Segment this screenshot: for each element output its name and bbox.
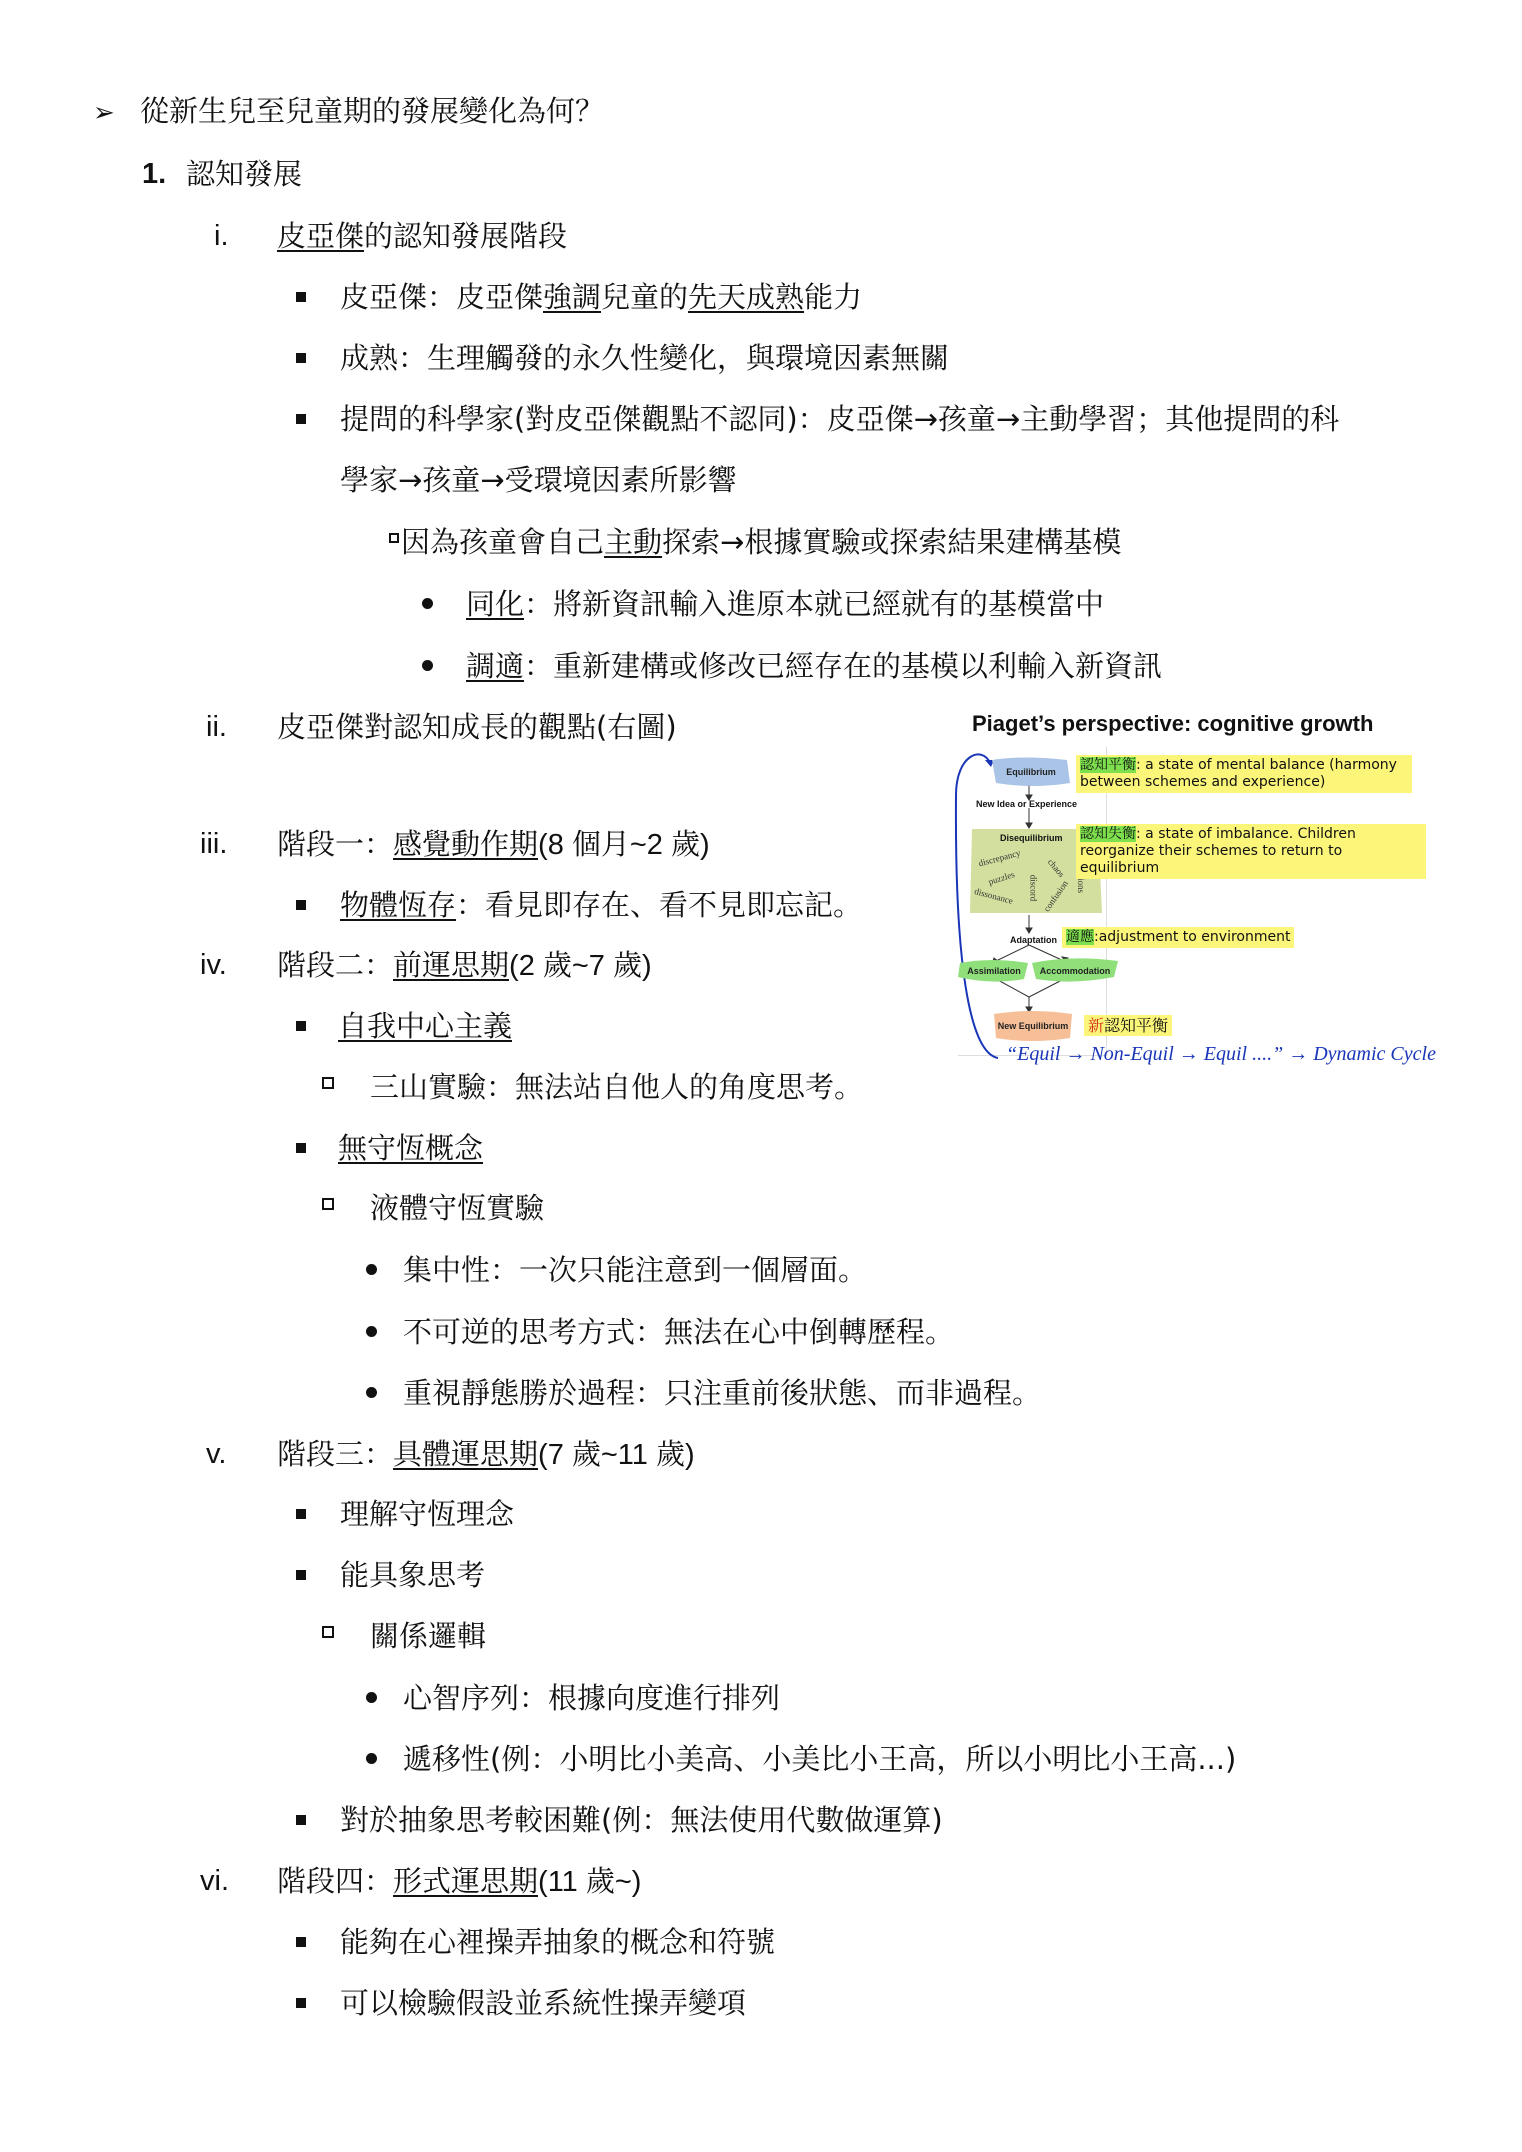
part-iv-title: 階段二：前運思期(2 歲~7 歲) — [277, 947, 652, 984]
egocentrism-item: 自我中心主義 — [338, 1008, 512, 1044]
diseq-word: discord — [1028, 875, 1038, 902]
text: 兒童的 — [601, 280, 688, 314]
stage-ages: (2 歲~7 歲) — [509, 950, 652, 982]
text: ：將新資訊輸入進原本就已經就有的基模當中 — [524, 587, 1104, 621]
square-bullet-icon — [296, 1509, 306, 1519]
square-bullet-icon — [296, 1815, 306, 1825]
list-item: 理解守恆理念 — [340, 1496, 514, 1532]
no-conservation-item: 無守恆概念 — [338, 1130, 483, 1166]
square-bullet-icon — [296, 414, 306, 424]
seriation-item: 心智序列：根據向度進行排列 — [403, 1680, 780, 1716]
part-ii-title: 皮亞傑對認知成長的觀點(右圖) — [277, 709, 677, 745]
balance-term: 認知平衡 — [1080, 757, 1136, 773]
round-bullet-icon — [366, 1753, 377, 1764]
piaget-name: 皮亞傑 — [277, 219, 364, 253]
new-equilibrium-node: New Equilibrium — [994, 1015, 1072, 1037]
square-bullet-icon — [296, 900, 306, 910]
static-states-item: 重視靜態勝於過程：只注重前後狀態、而非過程。 — [403, 1375, 1041, 1411]
stage-name: 形式運思期 — [393, 1864, 538, 1898]
equilibrium-node: Equilibrium — [992, 761, 1070, 783]
section-title: 認知發展 — [186, 156, 302, 192]
adapt-term: 適應 — [1066, 929, 1094, 945]
equilibrium-note: 認知平衡: a state of mental balance (harmony… — [1076, 755, 1412, 793]
assimilation-node: Assimilation — [960, 963, 1028, 979]
innate-maturation-term: 先天成熟 — [688, 280, 804, 314]
stage-name: 感覺動作期 — [393, 827, 538, 861]
roman-numeral-vi: vi. — [200, 1863, 229, 1899]
round-bullet-icon — [422, 660, 433, 671]
list-item: 能具象思考 — [340, 1557, 485, 1593]
text: 皮亞傑：皮亞傑 — [340, 280, 543, 314]
text: ：重新建構或修改已經存在的基模以利輸入新資訊 — [524, 649, 1162, 683]
part-v-title: 階段三：具體運思期(7 歲~11 歲) — [277, 1436, 695, 1473]
adapt-definition: :adjustment to environment — [1094, 929, 1290, 945]
list-item: 能夠在心裡操弄抽象的概念和符號 — [340, 1924, 775, 1960]
new-idea-label: New Idea or Experience — [976, 799, 1077, 809]
assimilation-item: 同化：將新資訊輸入進原本就已經就有的基模當中 — [466, 586, 1104, 622]
accommodation-node: Accommodation — [1034, 963, 1116, 979]
roman-numeral-iv: iv. — [200, 947, 227, 983]
disequilibrium-note: 認知失衡: a state of imbalance. Children reo… — [1076, 824, 1426, 879]
list-item: 提問的科學家(對皮亞傑觀點不認同)：皮亞傑→孩童→主動學習；其他提問的科 — [340, 401, 1339, 437]
roman-numeral-iii: iii. — [200, 826, 227, 862]
square-bullet-icon — [296, 1937, 306, 1947]
square-bullet-icon — [296, 1143, 306, 1153]
hollow-square-bullet-icon — [322, 1626, 334, 1638]
emphasis-term: 強調 — [543, 280, 601, 314]
list-item: 皮亞傑：皮亞傑強調兒童的先天成熟能力 — [340, 279, 862, 315]
square-bullet-icon — [296, 292, 306, 302]
transitivity-item: 遞移性(例：小明比小美高、小美比小王高，所以小明比小王高...) — [403, 1741, 1236, 1777]
abstract-difficulty-item: 對於抽象思考較困難(例：無法使用代數做運算) — [340, 1802, 943, 1838]
adaptation-label: Adaptation — [1010, 935, 1057, 945]
part-vi-title: 階段四：形式運思期(11 歲~) — [277, 1863, 641, 1900]
round-bullet-icon — [366, 1264, 377, 1275]
new-equilibrium-text: 認知平衡 — [1104, 1016, 1168, 1035]
roman-numeral-ii: ii. — [206, 709, 227, 745]
relational-logic-item: 關係邏輯 — [370, 1618, 486, 1654]
roman-numeral-i: i. — [214, 218, 229, 254]
roman-numeral-v: v. — [206, 1436, 226, 1472]
active-term: 主動 — [604, 525, 662, 559]
assimilation-term: 同化 — [466, 587, 524, 621]
part-iii-title: 階段一：感覺動作期(8 個月~2 歲) — [277, 826, 710, 863]
object-permanence-term: 物體恆存 — [340, 888, 456, 922]
stage-prefix: 階段四： — [277, 1864, 393, 1898]
square-bullet-icon — [296, 1570, 306, 1580]
round-bullet-icon — [366, 1692, 377, 1703]
text: ：看見即存在、看不見即忘記。 — [456, 888, 862, 922]
square-bullet-icon — [296, 1998, 306, 2008]
text: 探索→根據實驗或探索結果建構基模 — [662, 525, 1121, 559]
stage-prefix: 階段一： — [277, 827, 393, 861]
hollow-square-bullet-icon — [322, 1198, 334, 1210]
square-bullet-icon — [296, 353, 306, 363]
stage-prefix: 階段三： — [277, 1437, 393, 1471]
imbalance-term: 認知失衡 — [1080, 826, 1136, 842]
round-bullet-icon — [366, 1326, 377, 1337]
list-item: 成熟：生理觸發的永久性變化，與環境因素無關 — [340, 340, 949, 376]
hollow-square-bullet-icon — [389, 533, 399, 543]
stage-ages: (7 歲~11 歲) — [538, 1439, 695, 1471]
stage-prefix: 階段二： — [277, 948, 393, 982]
round-bullet-icon — [366, 1387, 377, 1398]
adaptation-note: 適應:adjustment to environment — [1062, 927, 1294, 948]
centration-item: 集中性：一次只能注意到一個層面。 — [403, 1252, 867, 1288]
accommodation-term: 調適 — [466, 649, 524, 683]
square-bullet-icon — [296, 1021, 306, 1031]
hollow-square-bullet-icon — [322, 1077, 334, 1089]
stage-name: 具體運思期 — [393, 1437, 538, 1471]
list-item-continuation: 學家→孩童→受環境因素所影響 — [340, 462, 737, 498]
arrow-bullet-icon: ➢ — [93, 94, 115, 130]
new-prefix: 新 — [1088, 1016, 1104, 1035]
page-heading: 從新生兒至兒童期的發展變化為何？ — [140, 93, 604, 129]
part-i-title-rest: 的認知發展階段 — [364, 219, 567, 253]
text: 因為孩童會自己 — [401, 525, 604, 559]
list-item: 可以檢驗假設並系統性操弄變項 — [340, 1985, 746, 2021]
stage-ages: (11 歲~) — [538, 1866, 641, 1898]
section-number: 1. — [142, 156, 166, 192]
stage-ages: (8 個月~2 歲) — [538, 829, 710, 861]
accommodation-item: 調適：重新建構或修改已經存在的基模以利輸入新資訊 — [466, 648, 1162, 684]
round-bullet-icon — [422, 598, 433, 609]
piaget-cognitive-growth-figure: Piaget’s perspective: cognitive growth E… — [952, 705, 1442, 1085]
part-i-title: 皮亞傑的認知發展階段 — [277, 218, 567, 254]
liquid-experiment-item: 液體守恆實驗 — [370, 1190, 544, 1226]
disequilibrium-label: Disequilibrium — [1000, 833, 1063, 843]
irreversibility-item: 不可逆的思考方式：無法在心中倒轉歷程。 — [403, 1314, 954, 1350]
new-equilibrium-note: 新認知平衡 — [1084, 1015, 1172, 1036]
sub-list-item: 因為孩童會自己主動探索→根據實驗或探索結果建構基模 — [401, 524, 1121, 560]
three-mountain-item: 三山實驗：無法站自他人的角度思考。 — [370, 1069, 863, 1105]
text: 能力 — [804, 280, 862, 314]
handwritten-annotation: “Equil → Non-Equil → Equil ....” → Dynam… — [1006, 1043, 1436, 1066]
list-item: 物體恆存：看見即存在、看不見即忘記。 — [340, 887, 862, 923]
stage-name: 前運思期 — [393, 948, 509, 982]
